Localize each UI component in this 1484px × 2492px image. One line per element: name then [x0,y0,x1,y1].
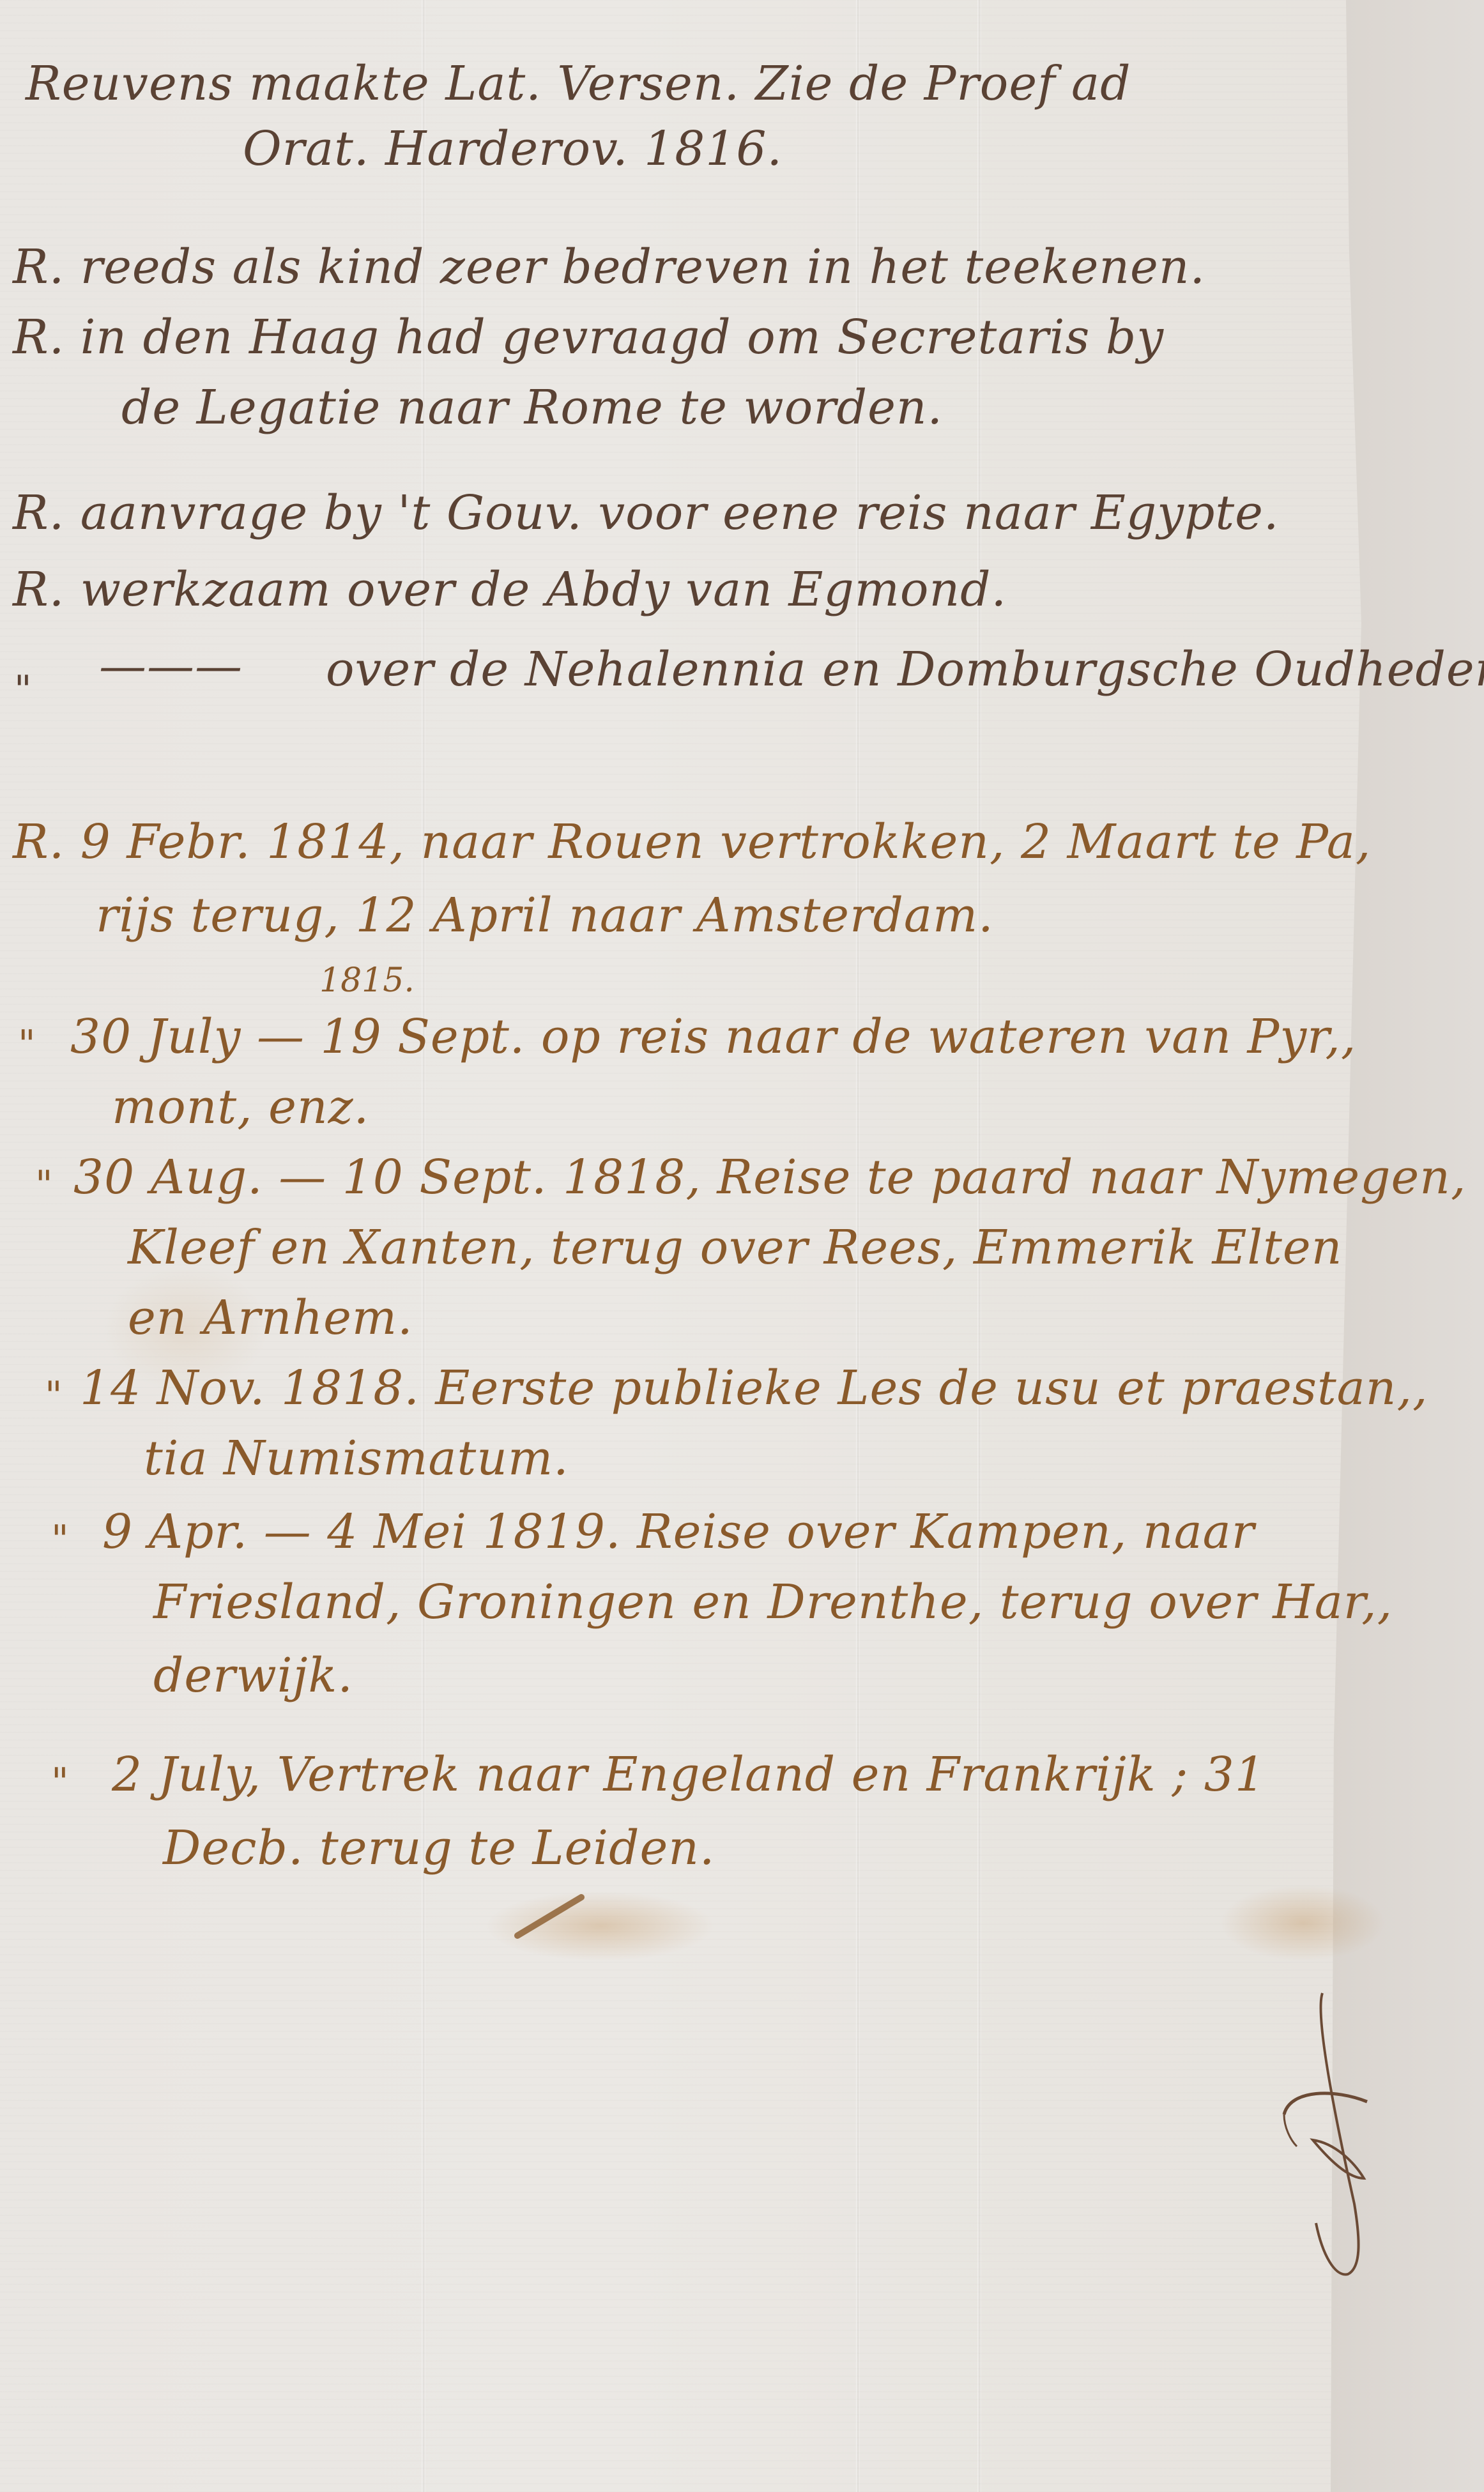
ditto-mark: " [35,1163,53,1207]
text-line: R. in den Haag had gevraagd om Secretari… [13,310,1164,365]
text-line: derwijk. [153,1648,353,1703]
text-line: mont, enz. [112,1080,369,1135]
text-line: Kleef en Xanten, terug over Rees, Emmeri… [128,1220,1342,1275]
text-line: 2 July, Vertrek naar Engeland en Frankri… [112,1747,1266,1802]
text-line: 30 Aug. — 10 Sept. 1818, Reise te paard … [73,1150,1466,1205]
text-line: R. reeds als kind zeer bedreven in het t… [13,240,1205,294]
dash-mark: ——— [99,639,243,694]
text-line: de Legatie naar Rome te worden. [121,380,943,435]
ditto-mark: " [51,1760,69,1805]
text-line: over de Nehalennia en Domburgsche Oudhed… [326,642,1484,697]
ink-stain [1220,1884,1386,1961]
text-line: 9 Apr. — 4 Mei 1819. Reise over Kampen, … [102,1504,1255,1559]
text-line: 30 July — 19 Sept. op reis naar de water… [70,1009,1356,1064]
ditto-mark: " [18,1022,36,1067]
text-line: Reuvens maakte Lat. Versen. Zie de Proef… [26,56,1131,111]
text-line: Decb. terug te Leiden. [163,1821,715,1876]
text-line: R. werkzaam over de Abdy van Egmond. [13,562,1007,617]
text-line: rijs terug, 12 April naar Amsterdam. [96,888,994,943]
text-line: Orat. Harderov. 1816. [243,121,783,176]
ink-stroke-mark [511,1891,588,1942]
ditto-mark: " [45,1373,63,1418]
inserted-year-note: 1815. [319,961,415,1000]
text-line: en Arnhem. [128,1290,413,1345]
ditto-mark: " [14,668,32,712]
signature-flourish-icon [1278,1987,1380,2281]
ditto-mark: " [51,1517,69,1562]
text-line: Friesland, Groningen en Drenthe, terug o… [153,1575,1393,1630]
text-line: R. 9 Febr. 1814, naar Rouen vertrokken, … [13,814,1371,869]
text-line: R. aanvrage by 't Gouv. voor eene reis n… [13,485,1279,540]
text-line: 14 Nov. 1818. Eerste publieke Les de usu… [80,1361,1428,1416]
text-line: tia Numismatum. [144,1431,569,1486]
